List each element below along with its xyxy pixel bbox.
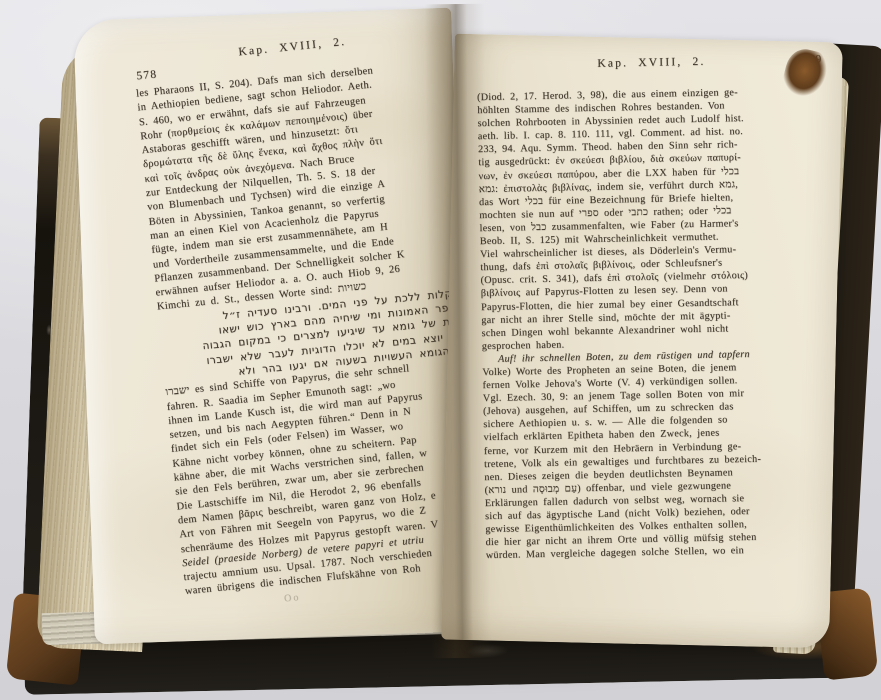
book-photo: 578 Kap. XVIII, 2. les Pharaons II, S. 2… (0, 0, 881, 700)
left-page: 578 Kap. XVIII, 2. les Pharaons II, S. 2… (73, 8, 473, 645)
right-page-header-row: Kap. XVIII, 2. 579 (476, 53, 826, 86)
right-page-text: Kap. XVIII, 2. 579 (Diod. 2, 17. Herod. … (476, 53, 837, 626)
left-page-number: 578 (136, 68, 158, 82)
right-page: Kap. XVIII, 2. 579 (Diod. 2, 17. Herod. … (441, 34, 843, 649)
right-page-running-header: Kap. XVIII, 2. (476, 53, 826, 72)
right-page-lines: (Diod. 2, 17. Herod. 3, 98), die aus ein… (477, 84, 836, 562)
